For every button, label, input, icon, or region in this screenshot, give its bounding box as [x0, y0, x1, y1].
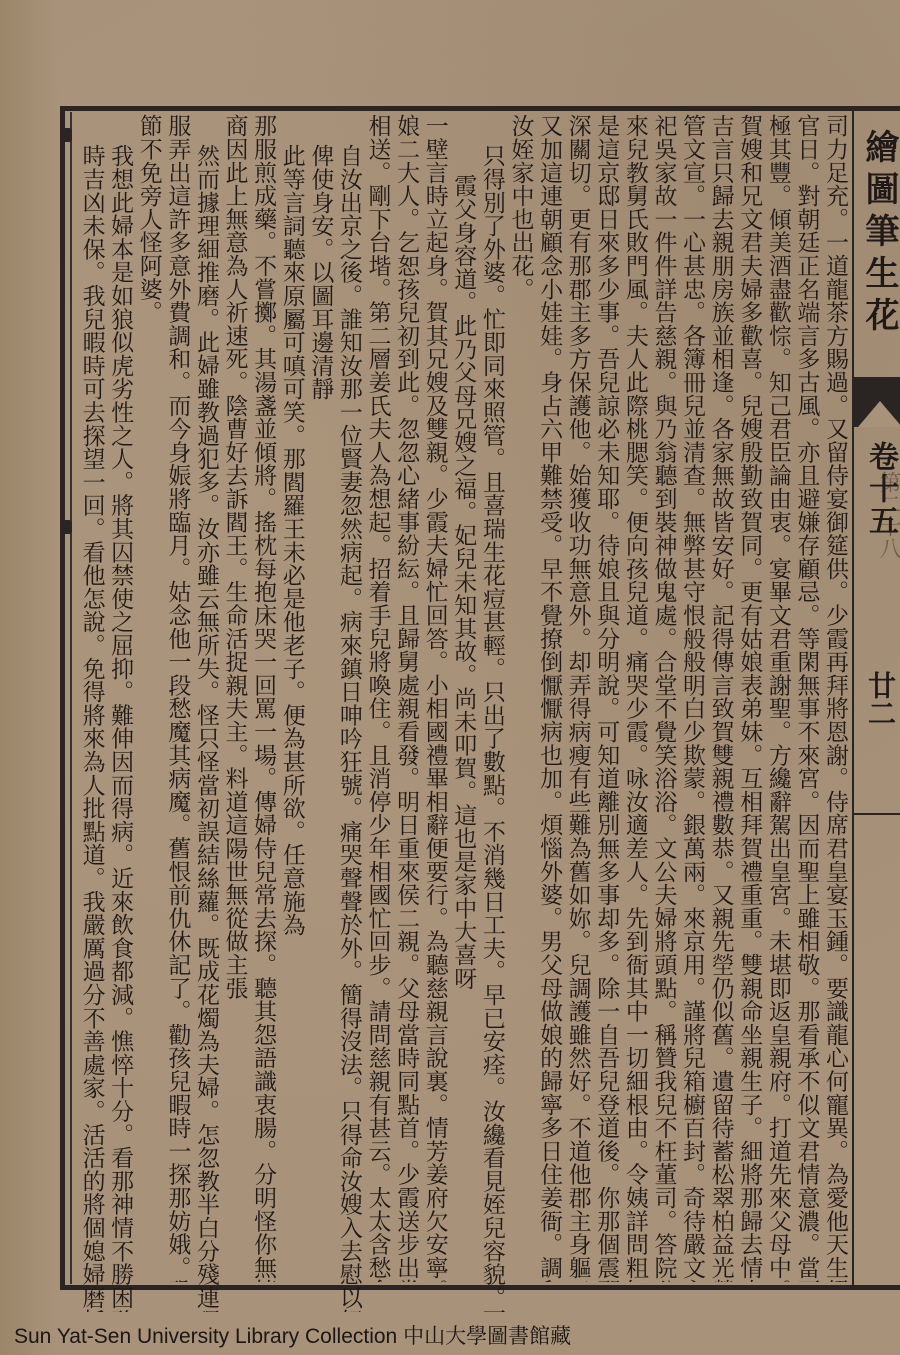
- chapter-label: 第二十八: [884, 471, 900, 559]
- text-body: 司力足充。一道龍茶方賜過。又留侍宴御筵供。少霞再拜將恩謝。侍席君皇宴玉鍾。要識龍…: [78, 114, 850, 1282]
- text-column: 只得別了外婆。忙即同來照管。且喜瑞生花痘甚輕。只出了數點。不消幾日工夫。早已安痊…: [478, 114, 507, 1312]
- text-column: 相送。剛下台堦。第二層姜氏夫人為想起。招着手兒將喚住。且消停少年相國忙回步。請問…: [364, 114, 393, 1282]
- text-column: 我想此婦本是如狼似虎劣性之人。將其囚禁使之屈抑。難伸因而得病。近來飲食都減。憔悴…: [107, 114, 136, 1312]
- text-column: 來兒教舅氏敗門風。夫人此際桃腮笑。便向孩兒道。痛哭少霞。咏汝適差人。先到衙其中一…: [621, 114, 650, 1282]
- text-column: 深關切。更有那郡主多方保護他。始獲收功無意外。却弄得病瘦有些難為舊如妳。兒調護雖…: [564, 114, 593, 1282]
- book-title: 繪圖筆生花: [854, 129, 900, 339]
- block-heart-column: 繪圖筆生花 卷十五 第二十八 廿二: [852, 111, 900, 1285]
- fishtail-notch: [858, 401, 900, 427]
- text-column: 汝姪家中也出花。: [507, 114, 536, 1282]
- page-number-divider: [854, 813, 900, 815]
- text-column: 是這京邸日來多少事。吾兒諒必未知耶。待娘且與分明說。可知道離別無多事却多。除一自…: [593, 114, 622, 1282]
- text-column: 然而據理細推磨。此婦雖教過犯多。汝亦雖云無所失。怪只怪當初誤結絲蘿。既成花燭為夫…: [192, 114, 221, 1312]
- text-column: 官日。對朝廷正名端言多古風。亦且避嫌存顧忌。等閑無事不來宮。因而聖上雖相敬。那看…: [793, 114, 822, 1282]
- text-column: 俾使身安。以圖耳邊清靜: [307, 114, 336, 1312]
- text-column: 商因此上無意為人祈速死。陰曹好去訴閻王。生命活捉親夫主。料道這陽世無從做主張: [221, 114, 250, 1282]
- text-column: 吉言只歸去親朋房族並相逢。各家無故皆安好。記得傳言致賀雙親禮數恭。又親先塋仍似舊…: [707, 114, 736, 1282]
- text-column: 極其豐。傾美酒盡歡悰。知己君臣論由衷。宴畢文君重謝聖。方纔辭駕出皇宮。未堪即返皇…: [764, 114, 793, 1282]
- page-number: 廿二: [854, 671, 900, 727]
- text-column: 司力足充。一道龍茶方賜過。又留侍宴御筵供。少霞再拜將恩謝。侍席君皇宴玉鍾。要識龍…: [821, 114, 850, 1282]
- binding-thread-mark: [62, 128, 72, 142]
- text-column: 一壁言時立起身。賀其兄嫂及雙親。少霞夫婦忙回答。小相國禮畢相辭便要行。為聽慈親言…: [421, 114, 450, 1282]
- text-column: 霞父身容道。此乃父母兄嫂之福。妃兒未知其故。尚未叩賀。這也是家中大喜呀: [450, 114, 479, 1342]
- text-column: 此等言詞聽來原屬可嗔可笑。那閻羅王未必是他老子。便為甚所欲。任意施為: [278, 114, 307, 1312]
- text-column: 娘二大人。乞恕孩兒初到此。忽忽心緒事紛紜。且歸舅處親看發。明日重來侯二親。父母當…: [393, 114, 422, 1282]
- binding-margin: [0, 0, 58, 1355]
- text-column: 服弄出這許多意外費調和。而今身娠將臨月。姑念他一段愁魔其病魔。舊恨前仇休記了。勸…: [164, 114, 193, 1282]
- text-column: 又加這連朝顧念小娃娃。身占六甲難禁受。早不覺撩倒懨懨病也加。煩惱外婆。男父母做娘…: [535, 114, 564, 1282]
- frame-inner-rule: [70, 112, 72, 1284]
- text-column: 節不免旁人怪阿婆。: [135, 114, 164, 1282]
- text-column: 祀吳家故一件件詳告慈親。與乃翁聽到裝神做鬼處。合堂不覺笑浴浴。文公夫婦將頭點。稱…: [650, 114, 679, 1282]
- text-column: 賀嫂和兄文君夫婦多歡喜。兒嫂殷勤致賀同。更有姑娘表弟妹。互相拜賀禮重重。雙親命坐…: [736, 114, 765, 1282]
- collection-caption: Sun Yat-Sen University Library Collectio…: [14, 1320, 571, 1350]
- text-column: 管文宣。一心甚忠。各簿冊兒並清查。無弊甚守恨般般明白少欺蒙。銀萬兩。來京用。謹將…: [678, 114, 707, 1282]
- text-column: 那服煎成藥。不嘗擲。其湯盞並傾將。搖枕每抱床哭一回罵一場。傳婦侍兒常去探。聽其怨…: [250, 114, 279, 1282]
- text-column: 自汝出京之後。誰知汝那一位賢妻忽然病起。病來鎮日呻吟狂號。痛哭聲聲於外。簡得沒法…: [335, 114, 364, 1312]
- text-column: 時吉凶未保。我兒暇時可去探望一回。看他怎說。免得將來為人批點道。我嚴厲過分不善處…: [78, 114, 107, 1312]
- binding-thread-mark: [62, 520, 72, 534]
